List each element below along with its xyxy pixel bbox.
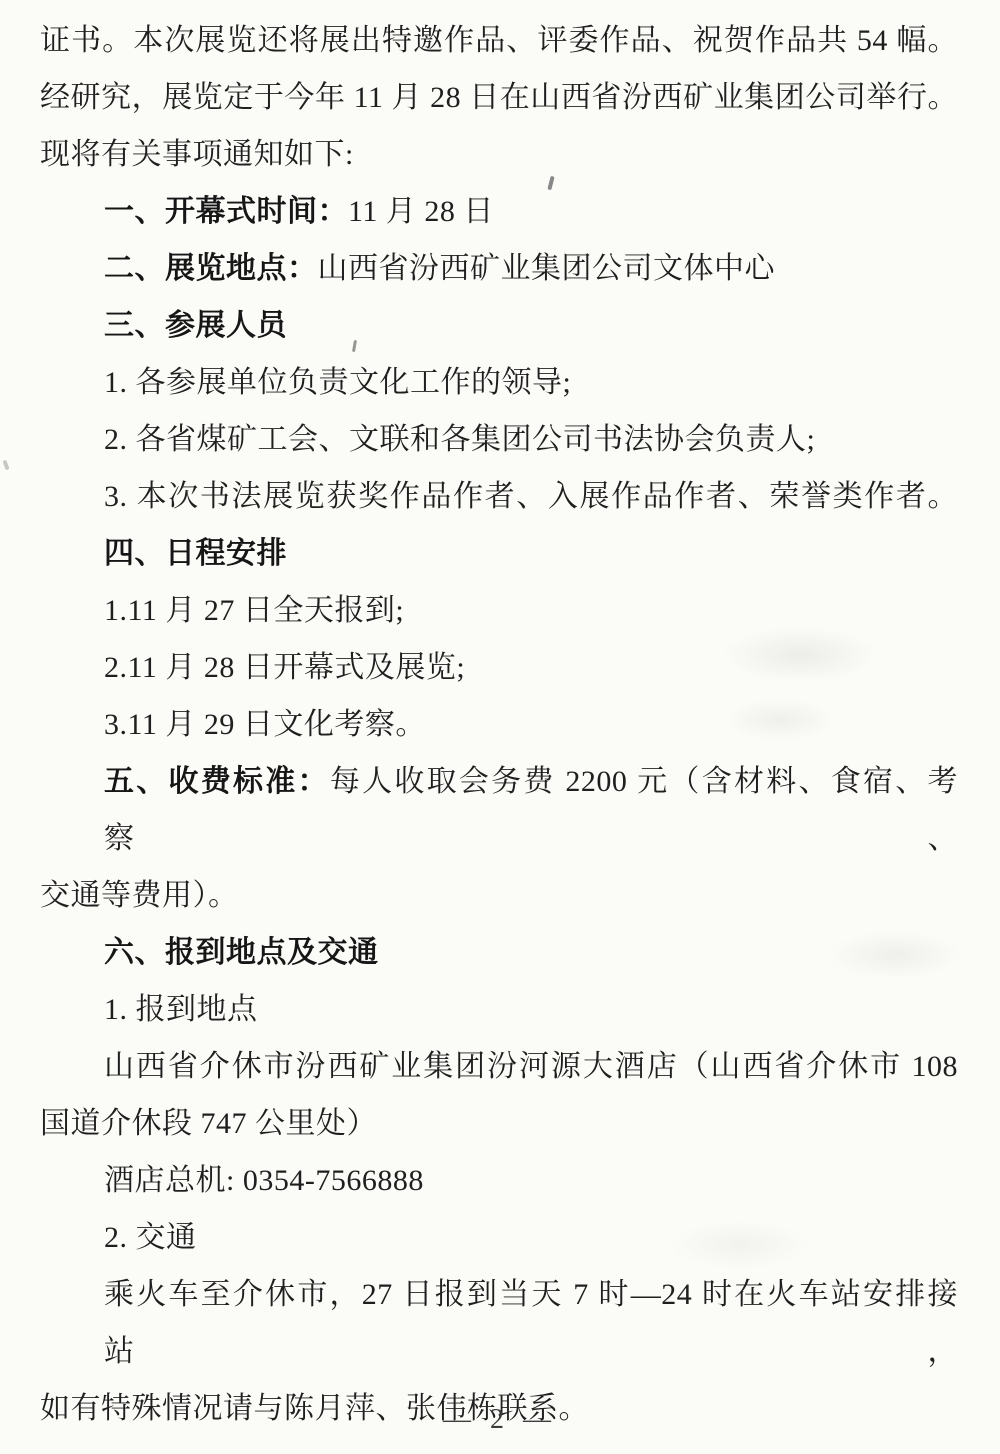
para-fee-continued: 交通等费用）。 <box>40 867 958 924</box>
para-train-pickup-1: 乘火车至介休市，27 日报到当天 7 时—24 时在火车站安排接站， <box>40 1266 958 1380</box>
line-text: 1. 报到地点 <box>104 993 258 1026</box>
line-text: 1. 各参展单位负责文化工作的领导; <box>104 366 571 399</box>
line-text: 国道介休段 747 公里处） <box>40 1107 377 1140</box>
para-certificates-continued: 证书。本次展览还将展出特邀作品、评委作品、祝贺作品共 54 幅。 <box>40 12 958 69</box>
section-heading-label: 一、开幕式时间： <box>104 195 348 228</box>
line-text: 现将有关事项通知如下: <box>40 138 354 171</box>
line-text: 交通等费用）。 <box>40 879 239 912</box>
list-item-participants-2: 2. 各省煤矿工会、文联和各集团公司书法协会负责人; <box>40 411 958 468</box>
document-page: 证书。本次展览还将展出特邀作品、评委作品、祝贺作品共 54 幅。 经研究，展览定… <box>0 0 1000 1454</box>
section-heading-label: 六、报到地点及交通 <box>104 936 379 969</box>
para-hotel-phone: 酒店总机: 0354-7566888 <box>40 1152 958 1209</box>
para-hotel-address-2: 国道介休段 747 公里处） <box>40 1095 958 1152</box>
line-text: 证书。本次展览还将展出特邀作品、评委作品、祝贺作品共 54 幅。 <box>40 24 958 57</box>
section-heading-label: 二、展览地点： <box>104 252 318 285</box>
heading-participants: 三、参展人员 <box>40 297 958 354</box>
list-item-participants-3: 3. 本次书法展览获奖作品作者、入展作品作者、荣誉类作者。 <box>40 468 958 525</box>
line-text: 2. 各省煤矿工会、文联和各集团公司书法协会负责人; <box>104 423 815 456</box>
para-notice-intro: 现将有关事项通知如下: <box>40 126 958 183</box>
para-exhibition-date: 经研究，展览定于今年 11 月 28 日在山西省汾西矿业集团公司举行。 <box>40 69 958 126</box>
list-item-schedule-2: 2.11 月 28 日开幕式及展览; <box>40 639 958 696</box>
list-item-participants-1: 1. 各参展单位负责文化工作的领导; <box>40 354 958 411</box>
line-text: 山西省介休市汾西矿业集团汾河源大酒店（山西省介休市 108 <box>104 1050 958 1083</box>
line-text: 11 月 28 日 <box>348 195 494 228</box>
scan-artifact-mark <box>2 460 9 471</box>
list-item-schedule-1: 1.11 月 27 日全天报到; <box>40 582 958 639</box>
line-text: 2. 交通 <box>104 1221 197 1254</box>
page-footer: — 2 — <box>0 1404 1000 1436</box>
line-text: 2.11 月 28 日开幕式及展览; <box>104 651 465 684</box>
heading-exhibition-venue: 二、展览地点：山西省汾西矿业集团公司文体中心 <box>40 240 958 297</box>
list-item-schedule-3: 3.11 月 29 日文化考察。 <box>40 696 958 753</box>
heading-registration-transport: 六、报到地点及交通 <box>40 924 958 981</box>
line-text: 3.11 月 29 日文化考察。 <box>104 708 426 741</box>
line-text: 山西省汾西矿业集团公司文体中心 <box>318 252 776 285</box>
list-item-transport: 2. 交通 <box>40 1209 958 1266</box>
line-text: 乘火车至介休市，27 日报到当天 7 时—24 时在火车站安排接站， <box>104 1278 958 1368</box>
line-text: 1.11 月 27 日全天报到; <box>104 594 404 627</box>
heading-opening-time: 一、开幕式时间：11 月 28 日 <box>40 183 958 240</box>
line-text: 经研究，展览定于今年 11 月 28 日在山西省汾西矿业集团公司举行。 <box>40 81 958 114</box>
para-hotel-address-1: 山西省介休市汾西矿业集团汾河源大酒店（山西省介休市 108 <box>40 1038 958 1095</box>
document-body: 证书。本次展览还将展出特邀作品、评委作品、祝贺作品共 54 幅。 经研究，展览定… <box>40 12 958 1437</box>
list-item-registration-place: 1. 报到地点 <box>40 981 958 1038</box>
page-number: — 2 — <box>443 1404 557 1435</box>
section-heading-label: 五、收费标准： <box>104 765 330 798</box>
heading-fee-standard: 五、收费标准：每人收取会务费 2200 元（含材料、食宿、考察、 <box>40 753 958 867</box>
heading-schedule: 四、日程安排 <box>40 525 958 582</box>
section-heading-label: 四、日程安排 <box>104 537 287 570</box>
line-text: 3. 本次书法展览获奖作品作者、入展作品作者、荣誉类作者。 <box>104 480 958 513</box>
section-heading-label: 三、参展人员 <box>104 309 287 342</box>
line-text: 酒店总机: 0354-7566888 <box>104 1164 424 1197</box>
